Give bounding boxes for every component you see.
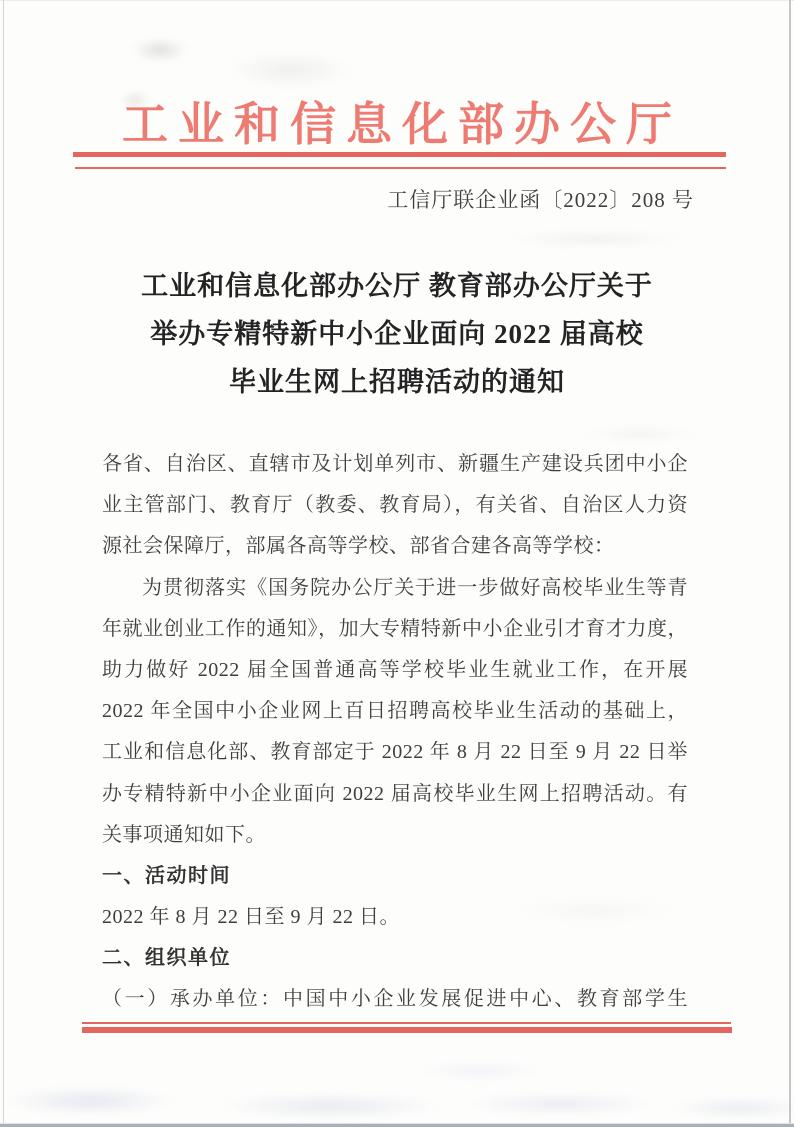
body-line-paragraph: 为贯彻落实《国务院办公厅关于进一步做好高校毕业生等青 (102, 568, 688, 609)
document-title-line: 工业和信息化部办公厅 教育部办公厅关于 (0, 262, 794, 310)
body-line-paragraph: 办专精特新中小企业面向 2022 届高校毕业生网上招聘活动。有 (102, 774, 688, 815)
body-line-paragraph: 2022 年全国中小企业网上百日招聘高校毕业生活动的基础上， (102, 691, 688, 732)
body-line-salutation: 源社会保障厅，部属各高等学校、部省合建各高等学校： (102, 526, 688, 567)
body-line-activity-time: 2022 年 8 月 22 日至 9 月 22 日。 (102, 897, 688, 938)
body-line-paragraph: 助力做好 2022 届全国普通高等学校毕业生就业工作，在开展 (102, 650, 688, 691)
body-line-salutation: 各省、自治区、直辖市及计划单列市、新疆生产建设兵团中小企 (102, 444, 688, 485)
scan-edge-left (3, 0, 4, 1127)
body-line-paragraph: 关事项通知如下。 (102, 815, 688, 856)
letterhead-rule-thin (75, 167, 726, 169)
scan-edge-right (789, 0, 791, 1127)
document-body: 各省、自治区、直辖市及计划单列市、新疆生产建设兵团中小企 业主管部门、教育厅（教… (102, 444, 688, 1021)
scanned-document-page: 工业和信息化部办公厅 工信厅联企业函〔2022〕208 号 工业和信息化部办公厅… (0, 0, 794, 1127)
body-line-paragraph: 工业和信息化部、教育部定于 2022 年 8 月 22 日至 9 月 22 日举 (102, 732, 688, 773)
document-reference-number: 工信厅联企业函〔2022〕208 号 (387, 184, 694, 214)
scan-artifact-bleedthrough (460, 222, 730, 256)
body-line-organizers: （一）承办单位：中国中小企业发展促进中心、教育部学生 (102, 979, 688, 1020)
document-title-line: 举办专精特新中小企业面向 2022 届高校 (0, 310, 794, 358)
letterhead-org-name: 工业和信息化部办公厅 (0, 88, 794, 154)
section-heading-activity-time: 一、活动时间 (102, 856, 688, 897)
body-line-salutation: 业主管部门、教育厅（教委、教育局），有关省、自治区人力资 (102, 485, 688, 526)
scan-edge-bottom-line (0, 1123, 794, 1124)
scan-artifact-page-bottom (0, 1046, 794, 1122)
footer-rule-thick (82, 1027, 732, 1033)
body-line-paragraph: 年就业创业工作的通知》，加大专精特新中小企业引才育才力度， (102, 609, 688, 650)
scan-edge-top (0, 0, 794, 1)
section-heading-organizers: 二、组织单位 (102, 938, 688, 979)
document-title-line: 毕业生网上招聘活动的通知 (0, 358, 794, 406)
footer-rule-thin (82, 1022, 731, 1024)
document-title: 工业和信息化部办公厅 教育部办公厅关于 举办专精特新中小企业面向 2022 届高… (0, 262, 794, 406)
